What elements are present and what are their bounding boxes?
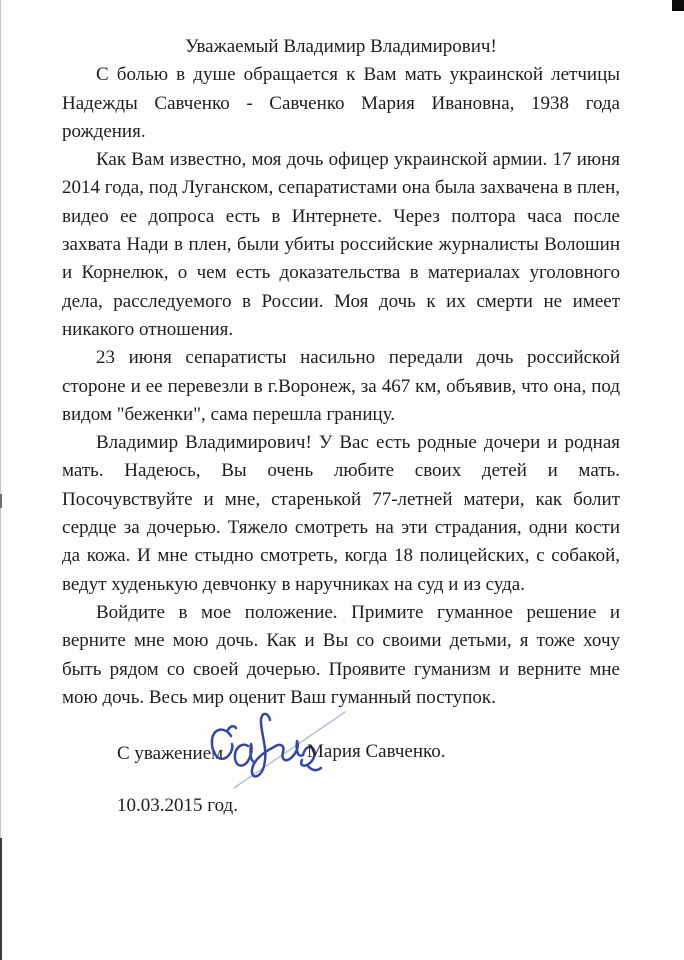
letter-date: 10.03.2015 год. bbox=[62, 792, 620, 820]
scan-left-edge-shadow bbox=[0, 838, 2, 960]
letter-paragraph-transfer: 23 июня сепаратисты насильно передали до… bbox=[62, 344, 620, 429]
letter-salutation-heading: Уважаемый Владимир Владимирович! bbox=[62, 33, 620, 61]
letter-paragraph-capture: Как Вам известно, моя дочь офицер украин… bbox=[62, 146, 620, 344]
letter-paragraph-request: Войдите в мое положение. Примите гуманно… bbox=[62, 599, 620, 712]
scan-corner-artifact bbox=[672, 0, 684, 11]
letter-paragraph-appeal: Владимир Владимирович! У Вас есть родные… bbox=[62, 429, 620, 599]
letter-paragraph-intro: С болью в душе обращается к Вам мать укр… bbox=[62, 61, 620, 146]
scan-left-edge-line bbox=[0, 0, 1, 960]
scanned-letter-page: Уважаемый Владимир Владимирович! С болью… bbox=[0, 0, 684, 960]
scan-edge-smudge bbox=[0, 494, 2, 508]
letter-body: Уважаемый Владимир Владимирович! С болью… bbox=[62, 33, 620, 820]
closing-signer-name: Мария Савченко. bbox=[307, 738, 446, 766]
letter-closing-block: С уважением. Мария Савченко. bbox=[62, 712, 620, 792]
